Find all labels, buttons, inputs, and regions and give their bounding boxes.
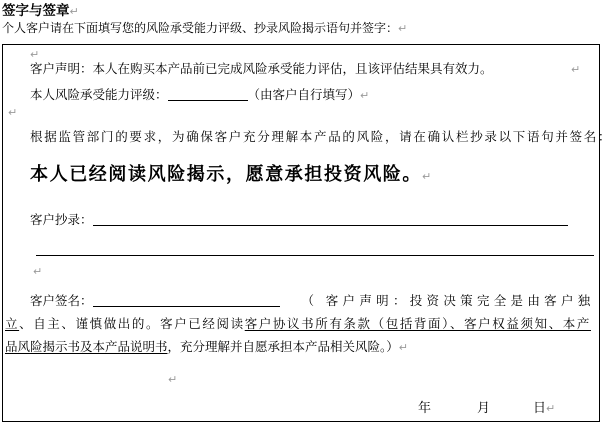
regulator-instruction-text: 根据监管部门的要求，为确保客户充分理解本产品的风险，请在确认栏抄录以下语句并签名…: [30, 130, 603, 144]
line-break-mark: ↵: [360, 89, 369, 102]
copy-blank-line-1[interactable]: [93, 212, 568, 226]
customer-copy-label: 客户抄录：: [30, 213, 93, 227]
signature-note-line3: 品风险揭示书及本产品说明书，充分理解并自愿承担本产品相关风险。）↵: [5, 339, 408, 356]
customer-copy-line: 客户抄录：: [30, 212, 568, 228]
line-break-mark: ↵: [168, 373, 177, 386]
signature-note-line2: 立、自主、谨慎做出的。客户已经阅读客户协议书所有条款（包括背面）、客户权益须知、…: [5, 316, 591, 332]
risk-rating-blank[interactable]: [168, 87, 248, 101]
regulator-instruction: 根据监管部门的要求，为确保客户充分理解本产品的风险，请在确认栏抄录以下语句并签名…: [30, 129, 603, 146]
signature-blank[interactable]: [93, 293, 280, 307]
customer-declaration: 客户声明：本人在购买本产品前已完成风险承受能力评估，且该评估结果具有效力。: [30, 61, 493, 77]
signature-note-underline-2: 客户协议书所有条款（包括背面）、客户权益须知、本产: [245, 317, 591, 331]
risk-statement-text: 本人已经阅读风险揭示，愿意承担投资风险。: [30, 164, 422, 184]
line-break-mark: ↵: [546, 402, 555, 415]
line-break-mark: ↵: [571, 63, 580, 76]
line-break-mark: ↵: [30, 48, 39, 61]
document-page: 签字与签章↵ 个人客户请在下面填写您的风险承受能力评级、抄录风险揭示语句并签字：…: [0, 0, 603, 429]
signature-note-underline-3: 品风险揭示书及本产品说明书: [5, 340, 168, 354]
line-break-mark: ↵: [8, 106, 17, 119]
intro-text: 个人客户请在下面填写您的风险承受能力评级、抄录风险揭示语句并签字：: [2, 21, 398, 35]
section-title: 签字与签章↵: [2, 3, 79, 20]
line-break-mark: ↵: [70, 5, 79, 18]
intro-line: 个人客户请在下面填写您的风险承受能力评级、抄录风险揭示语句并签字：↵: [2, 21, 407, 36]
line-break-mark: ↵: [33, 265, 42, 278]
signature-note-line1: （ 客户声明：投资决策完全是由客户独: [302, 294, 595, 308]
signature-box: ↵ 客户声明：本人在购买本产品前已完成风险承受能力评估，且该评估结果具有效力。 …: [2, 44, 600, 422]
year-label: 年: [418, 400, 431, 415]
risk-rating-label: 本人风险承受能力评级：: [30, 88, 168, 102]
risk-statement: 本人已经阅读风险揭示，愿意承担投资风险。↵: [30, 164, 431, 187]
signature-note-plain-2: 、自主、谨慎做出的。客户已经阅读: [19, 317, 245, 331]
section-title-text: 签字与签章: [2, 3, 70, 18]
customer-declaration-text: 客户声明：本人在购买本产品前已完成风险承受能力评估，且该评估结果具有效力。: [30, 62, 493, 76]
risk-rating-suffix: （由客户自行填写）: [248, 88, 361, 102]
line-break-mark: ↵: [398, 22, 407, 35]
date-line: 年月日↵: [418, 397, 555, 416]
signature-label: 客户签名：: [30, 294, 93, 308]
line-break-mark: ↵: [422, 170, 431, 183]
month-label: 月: [477, 400, 490, 415]
day-label: 日: [533, 400, 546, 415]
copy-blank-line-2[interactable]: [36, 255, 594, 256]
signature-note-underline-1: 立: [5, 317, 19, 331]
signature-note-plain-3: ，充分理解并自愿承担本产品相关风险。）: [168, 340, 399, 354]
signature-line: 客户签名：（ 客户声明：投资决策完全是由客户独: [30, 293, 595, 309]
line-break-mark: ↵: [399, 341, 408, 354]
risk-rating-line: 本人风险承受能力评级：（由客户自行填写）↵: [30, 87, 369, 104]
